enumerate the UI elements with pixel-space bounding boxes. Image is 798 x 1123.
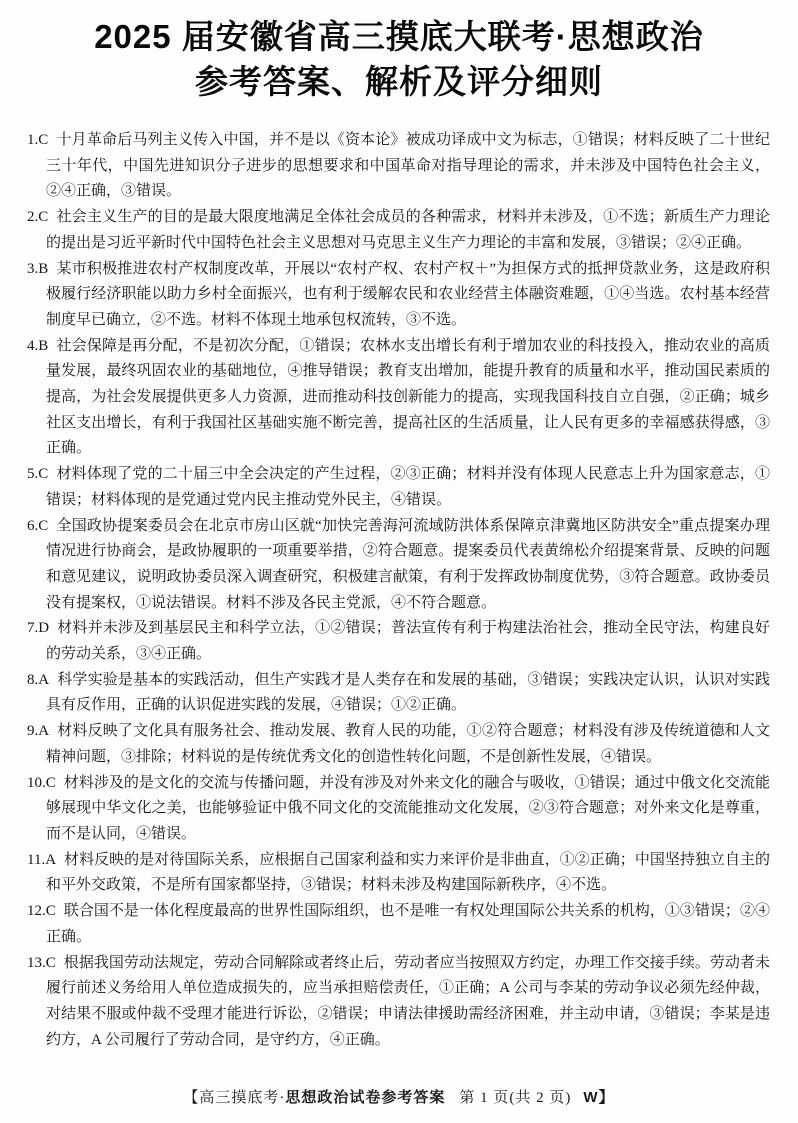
footer-page-number: 第 1 页(共 2 页) [459,1090,571,1106]
answer-number: 7.D [27,620,49,636]
answer-item: 8.A科学实验是基本的实践活动，但生产实践才是人类存在和发展的基础，③错误；实践… [27,668,770,719]
document-title: 2025 届安徽省高三摸底大联考·思想政治 参考答案、解析及评分细则 [0,0,798,104]
answer-number: 12.C [27,903,56,919]
answer-number: 3.B [27,261,48,277]
footer-exam-title: 思想政治试卷参考答案 [285,1089,445,1106]
document-title-line1: 2025 届安徽省高三摸底大联考·思想政治 [0,14,798,59]
answer-number: 2.C [27,209,48,225]
answer-item: 1.C十月革命后马列主义传入中国，并不是以《资本论》被成功译成中文为标志，①错误… [27,128,770,205]
exam-answer-sheet-page: 2025 届安徽省高三摸底大联考·思想政治 参考答案、解析及评分细则 1.C十月… [0,0,798,1123]
answer-text: 十月革命后马列主义传入中国，并不是以《资本论》被成功译成中文为标志，①错误；材料… [46,132,770,199]
answer-item: 12.C联合国不是一体化程度最高的世界性国际组织，也不是唯一有权处理国际公共关系… [27,899,770,950]
answer-number: 11.A [27,852,56,868]
answer-text: 科学实验是基本的实践活动，但生产实践才是人类存在和发展的基础，③错误；实践决定认… [46,672,770,714]
footer-prefix: 【高三摸底考· [183,1090,285,1106]
answer-item: 6.C全国政协提案委员会在北京市房山区就“加快完善海河流域防洪体系保障京津冀地区… [27,514,770,617]
answer-text: 材料反映了文化具有服务社会、推动发展、教育人民的功能，①②符合题意；材料没有涉及… [46,723,770,765]
answer-number: 6.C [27,518,48,534]
answer-text: 社会主义生产的目的是最大限度地满足全体社会成员的各种需求，材料并未涉及，①不选；… [46,209,770,251]
answer-number: 4.B [27,338,48,354]
footer-version-code: W】 [583,1089,614,1106]
page-footer: 【高三摸底考·思想政治试卷参考答案第 1 页(共 2 页)W】 [0,1086,798,1107]
answer-item: 13.C根据我国劳动法规定，劳动合同解除或者终止后，劳动者应当按照双方约定，办理… [27,951,770,1054]
answer-item: 5.C材料体现了党的二十届三中全会决定的产生过程，②③正确；材料并没有体现人民意… [27,462,770,513]
answer-text: 社会保障是再分配，不是初次分配，①错误；农林水支出增长有利于增加农业的科技投入，… [46,338,770,457]
answer-text: 某市积极推进农村产权制度改革，开展以“农村产权、农村产权＋”为担保方式的抵押贷款… [46,261,770,328]
answer-item: 9.A材料反映了文化具有服务社会、推动发展、教育人民的功能，①②符合题意；材料没… [27,719,770,770]
answer-item: 2.C社会主义生产的目的是最大限度地满足全体社会成员的各种需求，材料并未涉及，①… [27,205,770,256]
answer-item: 11.A材料反映的是对待国际关系，应根据自己国家利益和实力来评价是非曲直，①②正… [27,848,770,899]
answer-number: 10.C [27,775,56,791]
answer-number: 8.A [27,672,49,688]
answer-number: 1.C [27,132,48,148]
answer-item: 7.D材料并未涉及到基层民主和科学立法，①②错误；普法宣传有利于构建法治社会，推… [27,616,770,667]
answer-item: 4.B社会保障是再分配，不是初次分配，①错误；农林水支出增长有利于增加农业的科技… [27,334,770,463]
answer-number: 9.A [27,723,49,739]
answer-text: 根据我国劳动法规定，劳动合同解除或者终止后，劳动者应当按照双方约定，办理工作交接… [46,955,770,1048]
answer-text: 材料并未涉及到基层民主和科学立法，①②错误；普法宣传有利于构建法治社会，推动全民… [46,620,770,662]
answer-text: 材料体现了党的二十届三中全会决定的产生过程，②③正确；材料并没有体现人民意志上升… [46,466,770,508]
answer-text: 全国政协提案委员会在北京市房山区就“加快完善海河流域防洪体系保障京津冀地区防洪安… [46,518,770,611]
answer-item: 10.C材料涉及的是文化的交流与传播问题，并没有涉及对外来文化的融合与吸收，①错… [27,771,770,848]
answer-list: 1.C十月革命后马列主义传入中国，并不是以《资本论》被成功译成中文为标志，①错误… [27,128,770,1053]
answer-number: 5.C [27,466,48,482]
document-title-line2: 参考答案、解析及评分细则 [0,59,798,104]
answer-text: 材料涉及的是文化的交流与传播问题，并没有涉及对外来文化的融合与吸收，①错误；通过… [46,775,770,842]
answer-number: 13.C [27,955,56,971]
answer-text: 联合国不是一体化程度最高的世界性国际组织，也不是唯一有权处理国际公共关系的机构，… [46,903,770,945]
answer-text: 材料反映的是对待国际关系，应根据自己国家利益和实力来评价是非曲直，①②正确；中国… [46,852,770,894]
answer-item: 3.B某市积极推进农村产权制度改革，开展以“农村产权、农村产权＋”为担保方式的抵… [27,257,770,334]
